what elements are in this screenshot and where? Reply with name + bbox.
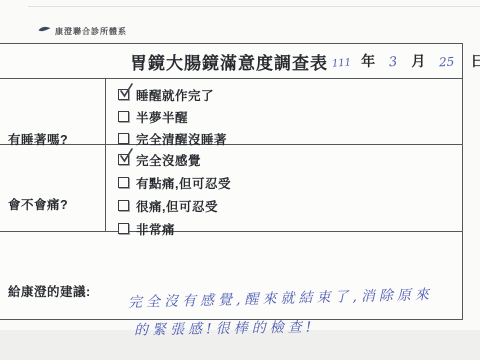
- clinic-logo-icon: [38, 22, 51, 40]
- survey-table: 胃鏡大腸鏡滿意度調查表 111 年 3 月 25 日 有睡著嗎? 睡醒就作完了: [0, 43, 463, 320]
- table-line: [0, 144, 462, 145]
- date-month-value: 3: [388, 55, 398, 71]
- option-row: 有點痛,但可忍受: [118, 174, 231, 191]
- scanned-survey-page: 康澄聯合診所體系 胃鏡大腸鏡滿意度調查表 111 年 3 月 25 日 有睡著嗎…: [0, 0, 480, 360]
- handwritten-check-icon: [119, 83, 134, 98]
- option-label: 半夢半醒: [136, 108, 188, 126]
- checkbox-icon[interactable]: [118, 133, 129, 144]
- option-row: 很痛,但可忍受: [118, 197, 231, 214]
- option-label: 很痛,但可忍受: [136, 197, 218, 215]
- handwritten-comment-line: 的緊張感!很棒的檢查!: [134, 316, 316, 339]
- option-row: 完全清醒沒睡著: [118, 130, 227, 147]
- date-day-value: 25: [439, 55, 455, 70]
- question-pain-options: 完全沒感覺 有點痛,但可忍受 很痛,但可忍受 非常痛: [118, 151, 231, 237]
- date-year-label: 年: [361, 51, 375, 71]
- option-label: 睡醒就作完了: [136, 86, 214, 104]
- option-row: 睡醒就作完了: [118, 86, 227, 103]
- option-label: 完全清醒沒睡著: [136, 130, 227, 148]
- suggestion-label: 給康澄的建議:: [8, 282, 91, 300]
- date-year-value: 111: [332, 57, 352, 69]
- date-fields: 111 年 3 月 25 日: [328, 51, 480, 71]
- option-label: 有點痛,但可忍受: [136, 174, 231, 192]
- paper-edge-line: [28, 6, 480, 7]
- option-label: 完全沒感覺: [136, 151, 201, 169]
- question-sleep-label: 有睡著嗎?: [8, 130, 68, 148]
- checkbox-icon[interactable]: [118, 111, 129, 122]
- table-divider: [105, 78, 106, 231]
- form-header: 胃鏡大腸鏡滿意度調查表 111 年 3 月 25 日: [0, 44, 462, 78]
- checkbox-icon[interactable]: [118, 200, 129, 211]
- table-line: [0, 231, 462, 232]
- option-row: 完全沒感覺: [118, 151, 231, 168]
- clinic-brand: 康澄聯合診所體系: [38, 22, 127, 40]
- form-title: 胃鏡大腸鏡滿意度調查表: [130, 49, 328, 74]
- option-row: 非常痛: [118, 220, 231, 237]
- question-sleep-options: 睡醒就作完了 半夢半醒 完全清醒沒睡著: [118, 86, 227, 147]
- option-row: 半夢半醒: [118, 108, 227, 125]
- date-day-label: 日: [471, 51, 480, 71]
- checkbox-icon[interactable]: [118, 223, 129, 234]
- handwritten-check-icon: [119, 148, 134, 163]
- option-label: 非常痛: [136, 220, 175, 238]
- handwritten-comment-line: 完全沒有感覺,醒來就結束了,消除原來: [128, 284, 433, 312]
- checkbox-checked-icon[interactable]: [118, 154, 129, 165]
- date-month-label: 月: [411, 51, 425, 71]
- question-pain-label: 會不會痛?: [8, 195, 68, 213]
- checkbox-icon[interactable]: [118, 177, 129, 188]
- table-line: [0, 78, 462, 79]
- checkbox-checked-icon[interactable]: [118, 89, 129, 100]
- clinic-name-label: 康澄聯合診所體系: [55, 26, 127, 37]
